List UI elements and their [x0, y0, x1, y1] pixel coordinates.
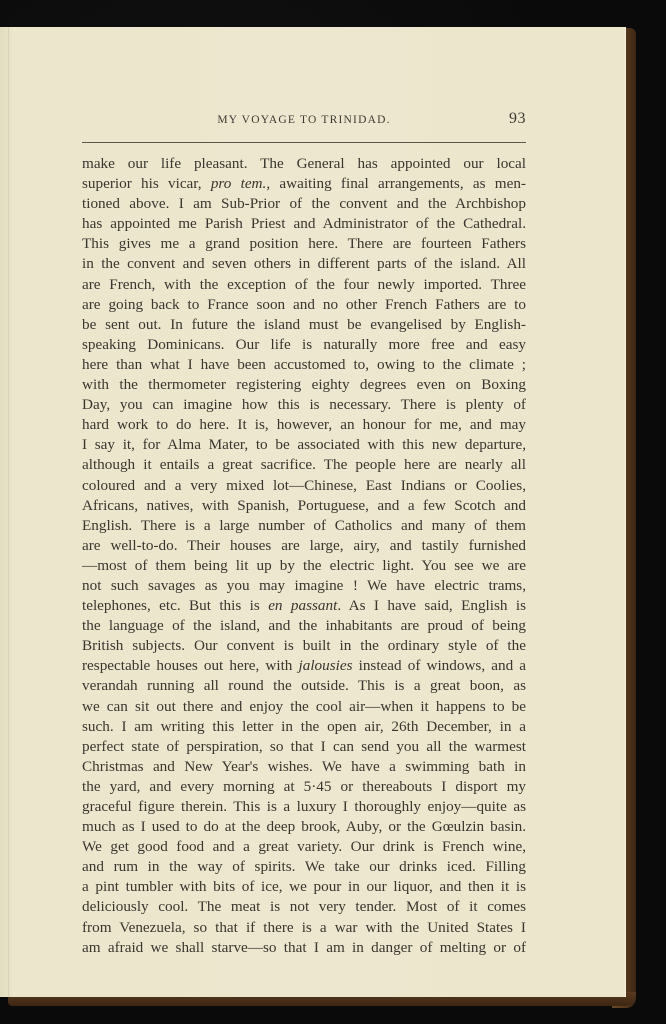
text-line: coloured and a very mixed lot—Chinese, E… — [82, 476, 526, 496]
text-line: in the convent and seven others in diffe… — [82, 254, 526, 274]
text-line: are French, with the exception of the fo… — [82, 275, 526, 295]
text-line: perfect state of perspiration, so that I… — [82, 737, 526, 757]
text-line: such. I am writing this letter in the op… — [82, 717, 526, 737]
text-line: respectable houses out here, with jalous… — [82, 656, 526, 676]
text-line: Christmas and New Year's wishes. We have… — [82, 757, 526, 777]
text-line: speaking Dominicans. Our life is natural… — [82, 335, 526, 355]
text-line: with the thermometer registering eighty … — [82, 375, 526, 395]
text-line: —most of them being lit up by the electr… — [82, 556, 526, 576]
text-line: English. There is a large number of Cath… — [82, 516, 526, 536]
text-line: here than what I have been accustomed to… — [82, 355, 526, 375]
text-line: make our life pleasant. The General has … — [82, 154, 526, 174]
text-line: are going back to France soon and no oth… — [82, 295, 526, 315]
text-line: the yard, and every morning at 5·45 or t… — [82, 777, 526, 797]
text-line: not such savages as you may imagine ! We… — [82, 576, 526, 596]
text-line: We get good food and a great variety. Ou… — [82, 837, 526, 857]
gutter-fold — [8, 27, 9, 997]
text-line: we can sit out there and enjoy the cool … — [82, 697, 526, 717]
header-rule — [82, 142, 526, 143]
text-line: and rum in the way of spirits. We take o… — [82, 857, 526, 877]
text-line: tioned above. I am Sub-Prior of the conv… — [82, 194, 526, 214]
running-head-title: MY VOYAGE TO TRINIDAD. — [82, 114, 526, 126]
text-line: be sent out. In future the island must b… — [82, 315, 526, 335]
text-line: much as I used to do at the deep brook, … — [82, 817, 526, 837]
page-number: 93 — [509, 110, 526, 128]
text-line: a pint tumbler with bits of ice, we pour… — [82, 877, 526, 897]
text-line: telephones, etc. But this is en passant.… — [82, 596, 526, 616]
text-line: the language of the island, and the inha… — [82, 616, 526, 636]
text-line: although it entails a great sacrifice. T… — [82, 455, 526, 475]
scanned-book-page: MY VOYAGE TO TRINIDAD. 93 make our life … — [0, 0, 666, 1024]
text-line: verandah running all round the outside. … — [82, 676, 526, 696]
text-line: are well-to-do. Their houses are large, … — [82, 536, 526, 556]
text-line: deliciously cool. The meat is not very t… — [82, 897, 526, 917]
italic-phrase: en passant — [268, 597, 337, 614]
text-line: superior his vicar, pro tem., awaiting f… — [82, 174, 526, 194]
text-line: hard work to do here. It is, however, an… — [82, 415, 526, 435]
text-line: Day, you can imagine how this is necessa… — [82, 395, 526, 415]
italic-phrase: jalousies — [299, 657, 353, 674]
text-line: I say it, for Alma Mater, to be associat… — [82, 435, 526, 455]
text-line: from Venezuela, so that if there is a wa… — [82, 918, 526, 938]
text-line: Africans, natives, with Spanish, Portugu… — [82, 496, 526, 516]
body-text: make our life pleasant. The General has … — [82, 154, 526, 958]
text-line: This gives me a grand position here. The… — [82, 234, 526, 254]
text-line: British subjects. Our convent is built i… — [82, 636, 526, 656]
text-line: graceful figure therein. This is a luxur… — [82, 797, 526, 817]
running-head: MY VOYAGE TO TRINIDAD. 93 — [82, 110, 526, 130]
italic-phrase: pro tem. — [211, 175, 267, 192]
text-line: am afraid we shall starve—so that I am i… — [82, 938, 526, 958]
text-line: has appointed me Parish Priest and Admin… — [82, 214, 526, 234]
